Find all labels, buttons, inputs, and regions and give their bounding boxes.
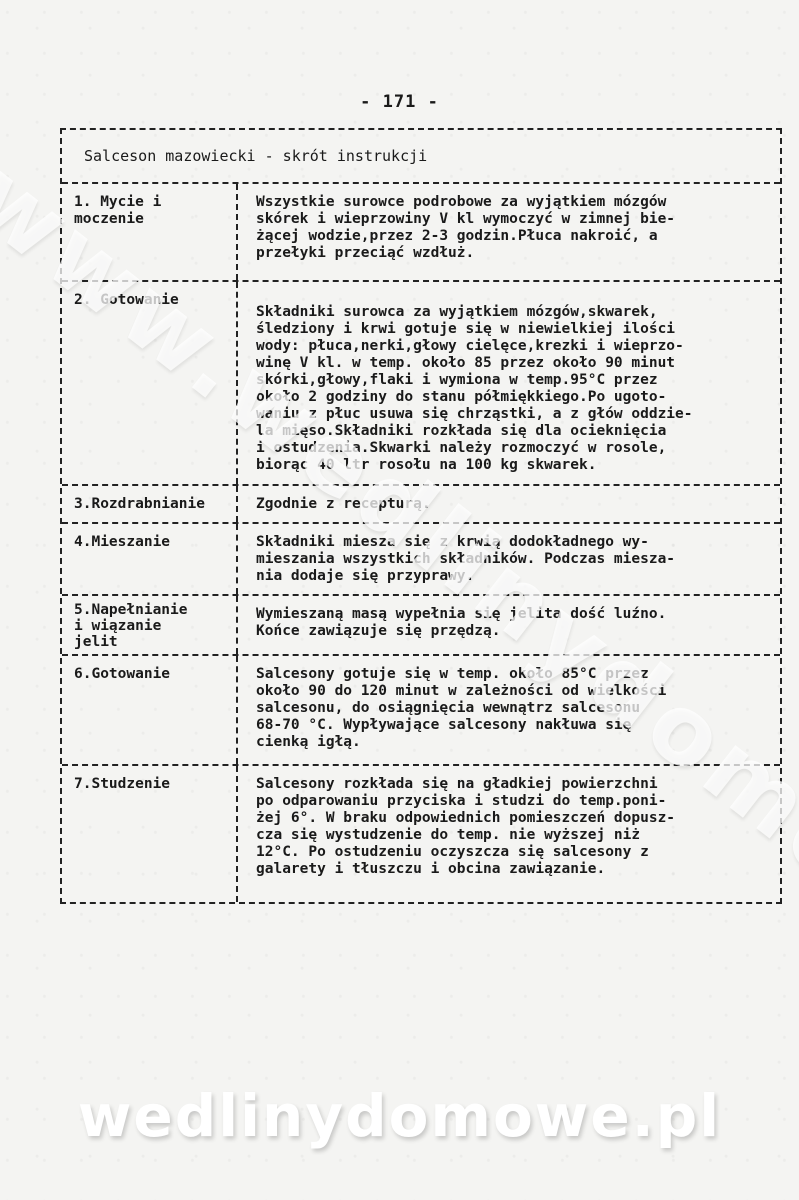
table-title: Salceson mazowiecki - skrót instrukcji [62, 130, 780, 184]
step-label: 2. Gotowanie [62, 282, 238, 484]
table-row: 4.Mieszanie Składniki miesza się z krwią… [62, 524, 780, 596]
step-text: Salcesony rozkłada się na gładkiej powie… [238, 766, 780, 902]
page-number: - 171 - [0, 92, 799, 112]
step-text: Wszystkie surowce podrobowe za wyjątkiem… [238, 184, 780, 280]
table-row: 5.Napełnianie i wiązanie jelit Wymieszan… [62, 596, 780, 656]
step-text: Składniki surowca za wyjątkiem mózgów,sk… [238, 282, 780, 484]
step-label: 7.Studzenie [62, 766, 238, 902]
table-row: 2. Gotowanie Składniki surowca za wyjątk… [62, 282, 780, 486]
step-label: 6.Gotowanie [62, 656, 238, 764]
step-label: 4.Mieszanie [62, 524, 238, 594]
step-text: Wymieszaną masą wypełnia się jelita dość… [238, 596, 780, 654]
bottom-watermark: wedlinydomowe.pl [0, 1082, 799, 1150]
table-row: 7.Studzenie Salcesony rozkłada się na gł… [62, 766, 780, 902]
instruction-table: Salceson mazowiecki - skrót instrukcji 1… [60, 128, 782, 904]
step-label: 3.Rozdrabnianie [62, 486, 238, 522]
table-row: 1. Mycie i moczenie Wszystkie surowce po… [62, 184, 780, 282]
step-label: 5.Napełnianie i wiązanie jelit [62, 596, 238, 654]
table-row: 6.Gotowanie Salcesony gotuje się w temp.… [62, 656, 780, 766]
step-text: Składniki miesza się z krwią dodokładneg… [238, 524, 780, 594]
step-label: 1. Mycie i moczenie [62, 184, 238, 280]
table-row: 3.Rozdrabnianie Zgodnie z recepturą. [62, 486, 780, 524]
step-text: Salcesony gotuje się w temp. około 85°C … [238, 656, 780, 764]
step-text: Zgodnie z recepturą. [238, 486, 780, 522]
